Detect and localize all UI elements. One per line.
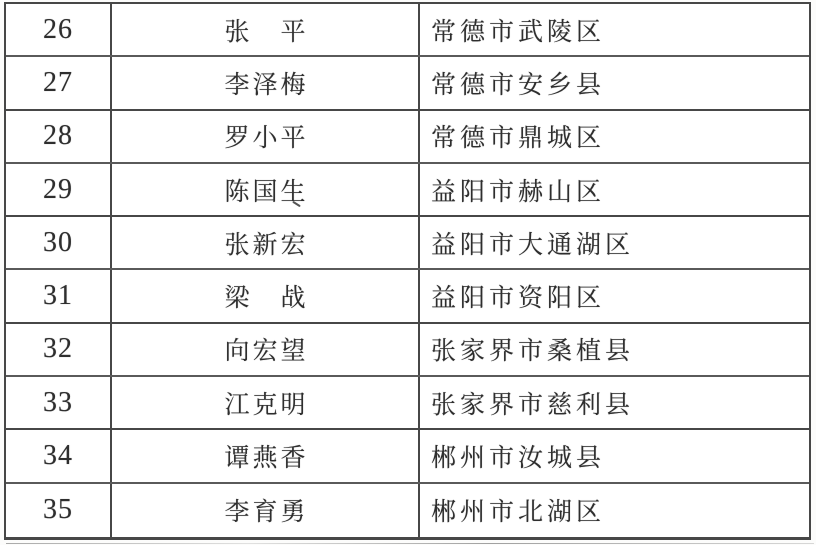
person-name: 陈国生 [112, 164, 420, 215]
row-number: 30 [6, 217, 112, 268]
person-name: 李育勇 [112, 484, 420, 537]
region-name: 郴州市北湖区 [420, 484, 809, 537]
row-number: 32 [6, 324, 112, 375]
person-name: 罗小平 [112, 111, 420, 162]
row-number: 34 [6, 430, 112, 481]
region-name: 常德市安乡县 [420, 57, 809, 108]
table-row: 33 江克明 张家界市慈利县 [6, 377, 809, 430]
person-name: 李泽梅 [112, 57, 420, 108]
region-name: 常德市武陵区 [420, 4, 809, 55]
row-number: 26 [6, 4, 112, 55]
person-name: 梁 战 [112, 270, 420, 321]
roster-table: 26 张 平 常德市武陵区 27 李泽梅 常德市安乡县 28 罗小平 常德市鼎城… [4, 2, 811, 540]
region-name: 益阳市大通湖区 [420, 217, 809, 268]
table-row: 30 张新宏 益阳市大通湖区 [6, 217, 809, 270]
region-name: 益阳市资阳区 [420, 270, 809, 321]
table-row: 35 李育勇 郴州市北湖区 [6, 484, 809, 537]
row-number: 33 [6, 377, 112, 428]
region-name: 益阳市赫山区 [420, 164, 809, 215]
row-number: 31 [6, 270, 112, 321]
table-row: 31 梁 战 益阳市资阳区 [6, 270, 809, 323]
region-name: 常德市鼎城区 [420, 111, 809, 162]
row-number: 29 [6, 164, 112, 215]
scanned-document-page: 26 张 平 常德市武陵区 27 李泽梅 常德市安乡县 28 罗小平 常德市鼎城… [0, 0, 816, 545]
person-name: 张新宏 [112, 217, 420, 268]
row-number: 35 [6, 484, 112, 537]
person-name: 向宏望 [112, 324, 420, 375]
region-name: 张家界市慈利县 [420, 377, 809, 428]
table-row: 29 陈国生 益阳市赫山区 [6, 164, 809, 217]
table-row: 32 向宏望 张家界市桑植县 [6, 324, 809, 377]
table-row: 26 张 平 常德市武陵区 [6, 4, 809, 57]
person-name: 江克明 [112, 377, 420, 428]
table-row: 34 谭燕香 郴州市汝城县 [6, 430, 809, 483]
person-name: 谭燕香 [112, 430, 420, 481]
row-number: 27 [6, 57, 112, 108]
region-name: 张家界市桑植县 [420, 324, 809, 375]
row-number: 28 [6, 111, 112, 162]
person-name: 张 平 [112, 4, 420, 55]
table-row: 27 李泽梅 常德市安乡县 [6, 57, 809, 110]
region-name: 郴州市汝城县 [420, 430, 809, 481]
table-row: 28 罗小平 常德市鼎城区 [6, 111, 809, 164]
